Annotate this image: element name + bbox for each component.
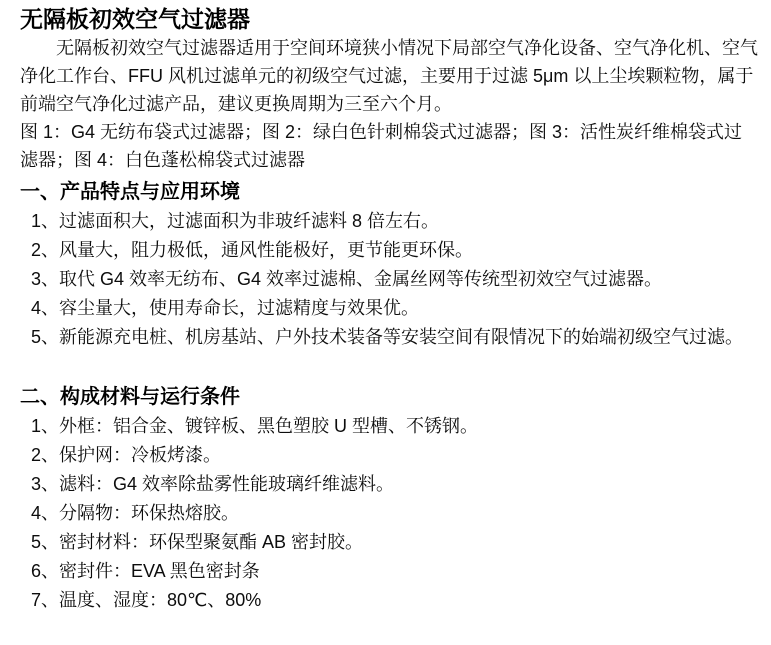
list-item: 7、温度、湿度：80℃、80% — [31, 586, 759, 615]
document-page: 无隔板初效空气过滤器 无隔板初效空气过滤器适用于空间环境狭小情况下局部空气净化设… — [0, 0, 771, 645]
list-item: 5、密封材料：环保型聚氨酯 AB 密封胶。 — [31, 528, 759, 557]
list-item: 4、容尘量大，使用寿命长，过滤精度与效果优。 — [31, 294, 759, 323]
list-item: 2、风量大，阻力极低，通风性能极好，更节能更环保。 — [31, 236, 759, 265]
list-item: 5、新能源充电桩、机房基站、户外技术装备等安装空间有限情况下的始端初级空气过滤。 — [31, 323, 759, 352]
list-item: 6、密封件：EVA 黑色密封条 — [31, 557, 759, 586]
section-heading-materials: 二、构成材料与运行条件 — [20, 382, 759, 412]
list-item: 1、外框：铝合金、镀锌板、黑色塑胶 U 型槽、不锈钢。 — [31, 412, 759, 441]
list-item: 4、分隔物：环保热熔胶。 — [31, 499, 759, 528]
features-list: 1、过滤面积大，过滤面积为非玻纤滤料 8 倍左右。 2、风量大，阻力极低，通风性… — [20, 207, 759, 352]
intro-paragraph: 无隔板初效空气过滤器适用于空间环境狭小情况下局部空气净化设备、空气净化机、空气净… — [20, 34, 759, 118]
materials-list: 1、外框：铝合金、镀锌板、黑色塑胶 U 型槽、不锈钢。 2、保护网：冷板烤漆。 … — [20, 412, 759, 615]
figure-captions: 图 1：G4 无纺布袋式过滤器；图 2：绿白色针刺棉袋式过滤器；图 3：活性炭纤… — [20, 118, 759, 174]
list-item: 1、过滤面积大，过滤面积为非玻纤滤料 8 倍左右。 — [31, 207, 759, 236]
list-item: 3、取代 G4 效率无纺布、G4 效率过滤棉、金属丝网等传统型初效空气过滤器。 — [31, 265, 759, 294]
page-title: 无隔板初效空气过滤器 — [20, 4, 759, 34]
list-item: 2、保护网：冷板烤漆。 — [31, 441, 759, 470]
section-heading-features: 一、产品特点与应用环境 — [20, 177, 759, 207]
list-item: 3、滤料：G4 效率除盐雾性能玻璃纤维滤料。 — [31, 470, 759, 499]
